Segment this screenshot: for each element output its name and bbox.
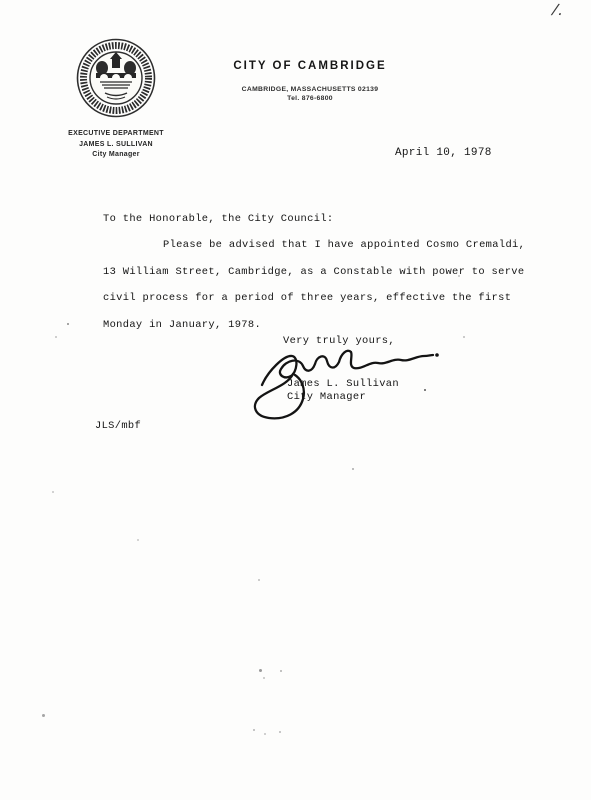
scan-speck bbox=[424, 389, 426, 391]
sender-department: EXECUTIVE DEPARTMENT bbox=[41, 129, 191, 140]
signature-block: James L. Sullivan City Manager bbox=[287, 378, 399, 404]
scan-speck bbox=[55, 336, 57, 338]
body-line: 13 William Street, Cambridge, as a Const… bbox=[103, 259, 543, 285]
city-seal-graphic bbox=[75, 37, 157, 119]
scan-speck bbox=[258, 579, 260, 581]
signature-title: City Manager bbox=[287, 391, 399, 404]
letter-date: April 10, 1978 bbox=[395, 147, 492, 159]
sender-name: JAMES L. SULLIVAN bbox=[41, 140, 191, 151]
city-seal-icon bbox=[75, 37, 157, 119]
scan-speck bbox=[463, 336, 465, 338]
scan-speck bbox=[259, 669, 262, 672]
handwritten-page-mark: /. bbox=[550, 0, 583, 30]
letterhead-title: CITY OF CAMBRIDGE bbox=[160, 60, 460, 72]
scan-speck bbox=[253, 729, 255, 731]
letterhead-address: CAMBRIDGE, MASSACHUSETTS 02139 bbox=[160, 86, 460, 93]
scan-speck bbox=[52, 491, 54, 493]
body-line: Monday in January, 1978. bbox=[103, 312, 543, 338]
scan-speck bbox=[458, 275, 460, 277]
body-line: Please be advised that I have appointed … bbox=[103, 232, 543, 258]
scan-speck bbox=[264, 733, 266, 735]
letterhead-phone: Tel. 876-6800 bbox=[160, 95, 460, 102]
signature-name: James L. Sullivan bbox=[287, 378, 399, 391]
salutation: To the Honorable, the City Council: bbox=[103, 206, 543, 232]
body-line: civil process for a period of three year… bbox=[103, 285, 543, 311]
scan-speck bbox=[352, 468, 354, 470]
reference-initials: JLS/mbf bbox=[95, 420, 141, 432]
letter-body: To the Honorable, the City Council: Plea… bbox=[103, 206, 543, 338]
scan-speck bbox=[137, 539, 139, 541]
scan-speck bbox=[263, 677, 265, 679]
sender-title: City Manager bbox=[41, 150, 191, 161]
sender-block: EXECUTIVE DEPARTMENT JAMES L. SULLIVAN C… bbox=[41, 129, 191, 161]
scanned-letter-page: /. CITY OF CAMBRIDGE CAMBRIDGE, MASSACHU… bbox=[0, 0, 591, 800]
scan-speck bbox=[67, 323, 69, 325]
scan-speck bbox=[42, 714, 45, 717]
scan-speck bbox=[279, 731, 281, 733]
scan-speck bbox=[280, 670, 282, 672]
